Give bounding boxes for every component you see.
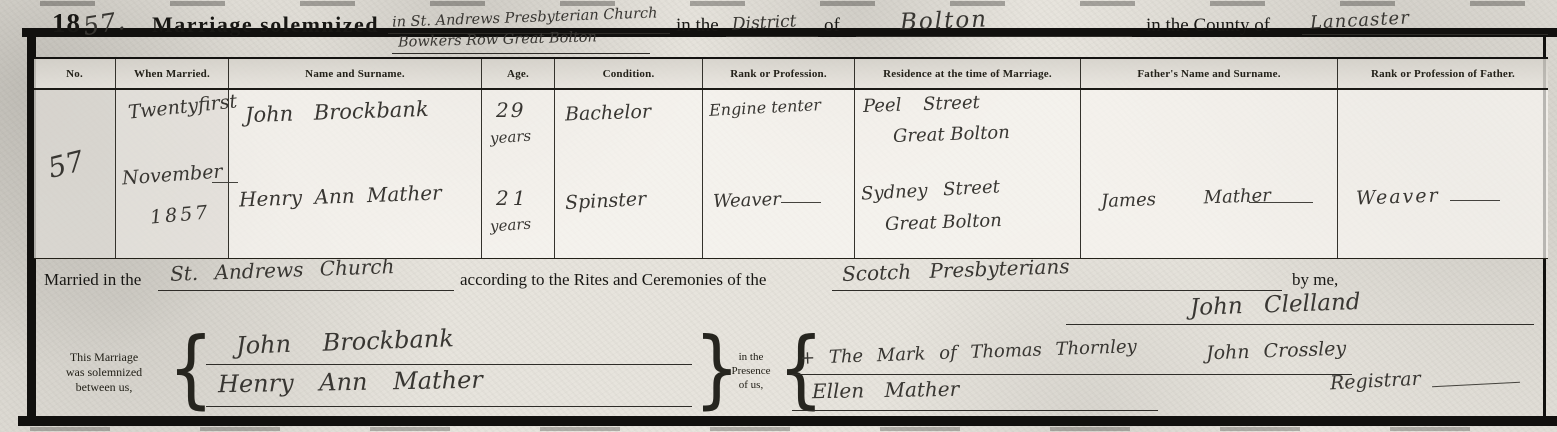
column-header-father-name: Father's Name and Surname. xyxy=(1081,59,1338,88)
witness1-rule xyxy=(792,374,1352,375)
open-brace-couple: { xyxy=(168,318,214,417)
venue-rule-2 xyxy=(392,53,650,54)
by-me-label: by me, xyxy=(1292,270,1338,290)
groom-residence-line2: Great Bolton xyxy=(893,122,1010,147)
register-table: No. When Married. Name and Surname. Age.… xyxy=(34,57,1548,259)
column-header-residence: Residence at the time of Marriage. xyxy=(855,59,1081,88)
officiant-signature-rule xyxy=(1066,324,1534,325)
groom-attestation-signature: John Brockbank xyxy=(236,324,455,360)
groom-condition: Bachelor xyxy=(565,101,652,126)
registrar-signature: John Crossley xyxy=(1206,338,1347,365)
district-word: District xyxy=(732,11,798,34)
solemnized-label-line: between us, xyxy=(40,380,168,395)
officiant-signature: John Clelland xyxy=(1190,289,1361,321)
register-table-body: 57 Twentyfirst November 1857 John Brockb… xyxy=(34,90,1548,258)
county-value-rule xyxy=(1302,34,1548,35)
cell-entry-no: 57 xyxy=(34,90,116,258)
solemnized-label-line: This Marriage xyxy=(40,350,168,365)
cell-when-married: Twentyfirst November 1857 xyxy=(116,90,229,258)
wedding-day: Twentyfirst xyxy=(127,90,238,123)
district-word-rule xyxy=(726,36,818,37)
cell-professions: Engine tenter Weaver xyxy=(703,90,855,258)
presence-label-line: in the xyxy=(722,350,780,364)
bride-profession: Weaver xyxy=(713,189,782,212)
solemnized-label-line: was solemnized xyxy=(40,365,168,380)
presence-label-line: Presence xyxy=(722,364,780,378)
bride-father-name: James Mather xyxy=(1101,185,1272,212)
marriage-certificate-scan: 1857. Marriage solemnized in St. Andrews… xyxy=(0,0,1557,432)
wedding-month: November xyxy=(121,161,223,190)
entry-year: 1857. xyxy=(52,8,126,39)
column-header-profession: Rank or Profession. xyxy=(703,59,855,88)
groom-residence-line1: Peel Street xyxy=(863,92,980,117)
witness2-signature: Ellen Mather xyxy=(812,377,960,404)
rites-value-rule xyxy=(832,290,1282,291)
wedding-year: 1857 xyxy=(149,201,211,228)
bride-attestation-signature: Henry Ann Mather xyxy=(218,366,483,399)
cell-ages: 29 years 21 years xyxy=(482,90,555,258)
column-header-age: Age. xyxy=(482,59,555,88)
form-title: Marriage solemnized xyxy=(152,12,379,38)
district-value: Bolton xyxy=(900,6,989,35)
rites-label: according to the Rites and Ceremonies of… xyxy=(460,270,766,290)
bride-age: 21 xyxy=(496,186,529,210)
district-prefix: in the xyxy=(676,15,719,37)
column-header-no: No. xyxy=(34,59,116,88)
presence-label: in the Presence of us, xyxy=(722,350,780,392)
filler-dash xyxy=(1249,202,1313,203)
cell-father-name: James Mather xyxy=(1081,90,1338,258)
witness2-rule xyxy=(792,410,1158,411)
bottom-edge-noise xyxy=(30,427,1530,431)
venue-line-1: in St. Andrews Presbyterian Church xyxy=(392,5,658,30)
bride-name: Henry Ann Mather xyxy=(239,180,442,211)
presence-label-line: of us, xyxy=(722,378,780,392)
county-label: in the County of xyxy=(1146,15,1270,37)
filler-dash xyxy=(1450,200,1500,201)
bride-signature-rule xyxy=(206,406,692,407)
groom-age-unit: years xyxy=(489,127,531,148)
cell-conditions: Bachelor Spinster xyxy=(555,90,703,258)
column-header-condition: Condition. xyxy=(555,59,703,88)
married-in-label: Married in the xyxy=(44,270,141,290)
entry-year-script: 57. xyxy=(81,6,128,41)
entry-number: 57 xyxy=(45,144,88,185)
registrar-title: Registrar xyxy=(1329,368,1421,395)
solemnized-label: This Marriage was solemnized between us, xyxy=(40,350,168,395)
column-header-name: Name and Surname. xyxy=(229,59,482,88)
district-value-rule xyxy=(856,36,1132,37)
cell-residences: Peel Street Great Bolton Sydney Street G… xyxy=(855,90,1081,258)
witness1-signature: + The Mark of Thomas Thornley xyxy=(800,336,1137,369)
groom-profession: Engine tenter xyxy=(709,95,822,120)
register-table-header-row: No. When Married. Name and Surname. Age.… xyxy=(34,59,1548,90)
filler-dash xyxy=(1432,382,1520,388)
cell-father-profession: Weaver xyxy=(1338,90,1548,258)
groom-name: John Brockbank xyxy=(245,97,429,127)
bride-father-profession: Weaver xyxy=(1356,185,1440,210)
filler-dash xyxy=(781,202,821,203)
column-header-when-married: When Married. xyxy=(116,59,229,88)
bride-condition: Spinster xyxy=(564,188,646,214)
entry-year-printed: 18 xyxy=(52,8,81,38)
ceremony-venue-rule xyxy=(158,290,454,291)
top-edge-noise xyxy=(40,1,1540,6)
groom-signature-rule xyxy=(206,364,692,365)
district-of: of xyxy=(824,15,840,37)
bride-residence-line1: Sydney Street xyxy=(861,176,1001,204)
groom-age: 29 xyxy=(496,98,525,122)
cell-names: John Brockbank Henry Ann Mather xyxy=(229,90,482,258)
column-header-father-profession: Rank or Profession of Father. xyxy=(1338,59,1548,88)
bride-residence-line2: Great Bolton xyxy=(885,210,1002,235)
bride-age-unit: years xyxy=(489,215,531,236)
